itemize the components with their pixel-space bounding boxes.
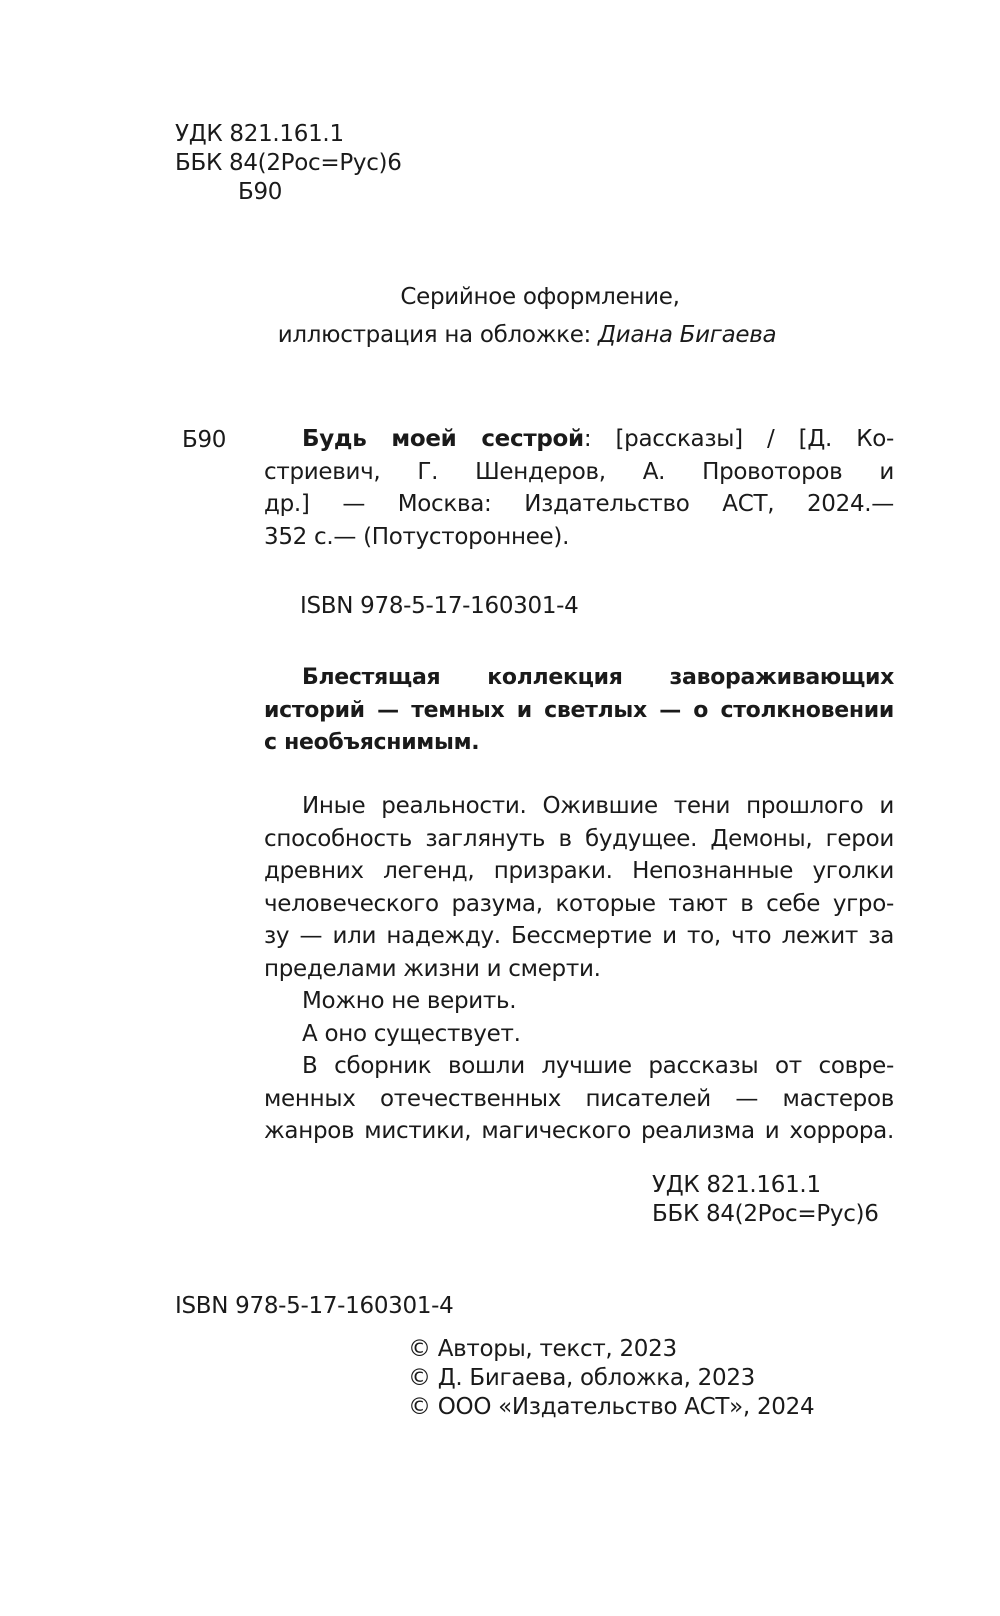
top-author-mark: Б90 xyxy=(238,178,282,207)
catalog-mark: Б90 xyxy=(182,424,226,456)
annotation-body-row: человеческого разума, которые тают в себ… xyxy=(264,888,894,921)
credits-line-1: Серийное оформление, xyxy=(0,283,1000,312)
catalog-row-4: 352 с.— (Потустороннее). xyxy=(264,521,894,554)
annotation-body: Иные реальности. Ожившие тени прошлого и… xyxy=(264,790,894,1148)
annotation-lead-row: с необъяснимым. xyxy=(264,727,894,760)
annotation-body-row: Иные реальности. Ожившие тени прошлого и xyxy=(264,790,894,823)
annotation-body-row: А оно существует. xyxy=(264,1018,894,1051)
annotation-body-row: зу — или надежду. Бессмертие и то, что л… xyxy=(264,920,894,953)
annotation-body-row: древних легенд, призраки. Непознанные уг… xyxy=(264,855,894,888)
copyright-block: © Авторы, текст, 2023 © Д. Бигаева, обло… xyxy=(408,1335,814,1422)
illustrator-name: Диана Бигаева xyxy=(598,322,776,348)
catalog-row-2: стриевич, Г. Шендеров, А. Провоторов и xyxy=(264,456,894,489)
annotation-lead-row: историй — темных и светлых — о столкнове… xyxy=(264,695,894,728)
top-udk-code: УДК 821.161.1 xyxy=(175,120,344,149)
book-title: Будь моей сестрой xyxy=(302,426,584,452)
credits-label: иллюстрация на обложке: xyxy=(278,322,598,348)
annotation-body-row: В сборник вошли лучшие рассказы от совре… xyxy=(264,1050,894,1083)
copyright-line: © Авторы, текст, 2023 xyxy=(408,1335,814,1364)
annotation-body-row: способность заглянуть в будущее. Демоны,… xyxy=(264,823,894,856)
annotation-body-row: Можно не верить. xyxy=(264,985,894,1018)
annotation-lead: Блестящая коллекция завораживающих истор… xyxy=(264,662,894,760)
top-bbk-code: ББК 84(2Рос=Рус)6 xyxy=(175,149,402,178)
annotation-body-row: жанров мистики, магического реализма и х… xyxy=(264,1115,894,1148)
catalog-row-3: др.] — Москва: Издательство АСТ, 2024.— xyxy=(264,488,894,521)
bottom-bbk-code: ББК 84(2Рос=Рус)6 xyxy=(652,1200,879,1229)
bottom-isbn: ISBN 978-5-17-160301-4 xyxy=(175,1292,454,1321)
credits-line-2: иллюстрация на обложке: Диана Бигаева xyxy=(0,321,1000,350)
catalog-isbn: ISBN 978-5-17-160301-4 xyxy=(300,592,579,621)
annotation-body-row: менных отечественных писателей — мастеро… xyxy=(264,1083,894,1116)
bottom-udk-code: УДК 821.161.1 xyxy=(652,1171,821,1200)
copyright-line: © Д. Бигаева, обложка, 2023 xyxy=(408,1364,814,1393)
catalog-row-1: Будь моей сестрой: [рассказы] / [Д. Ко- xyxy=(264,423,894,456)
copyright-line: © ООО «Издательство АСТ», 2024 xyxy=(408,1393,814,1422)
annotation-body-row: пределами жизни и смерти. xyxy=(264,953,894,986)
annotation-lead-row: Блестящая коллекция завораживающих xyxy=(264,662,894,695)
catalog-row-text: : [рассказы] / [Д. Ко- xyxy=(584,426,894,452)
catalog-entry: Будь моей сестрой: [рассказы] / [Д. Ко- … xyxy=(264,423,894,553)
